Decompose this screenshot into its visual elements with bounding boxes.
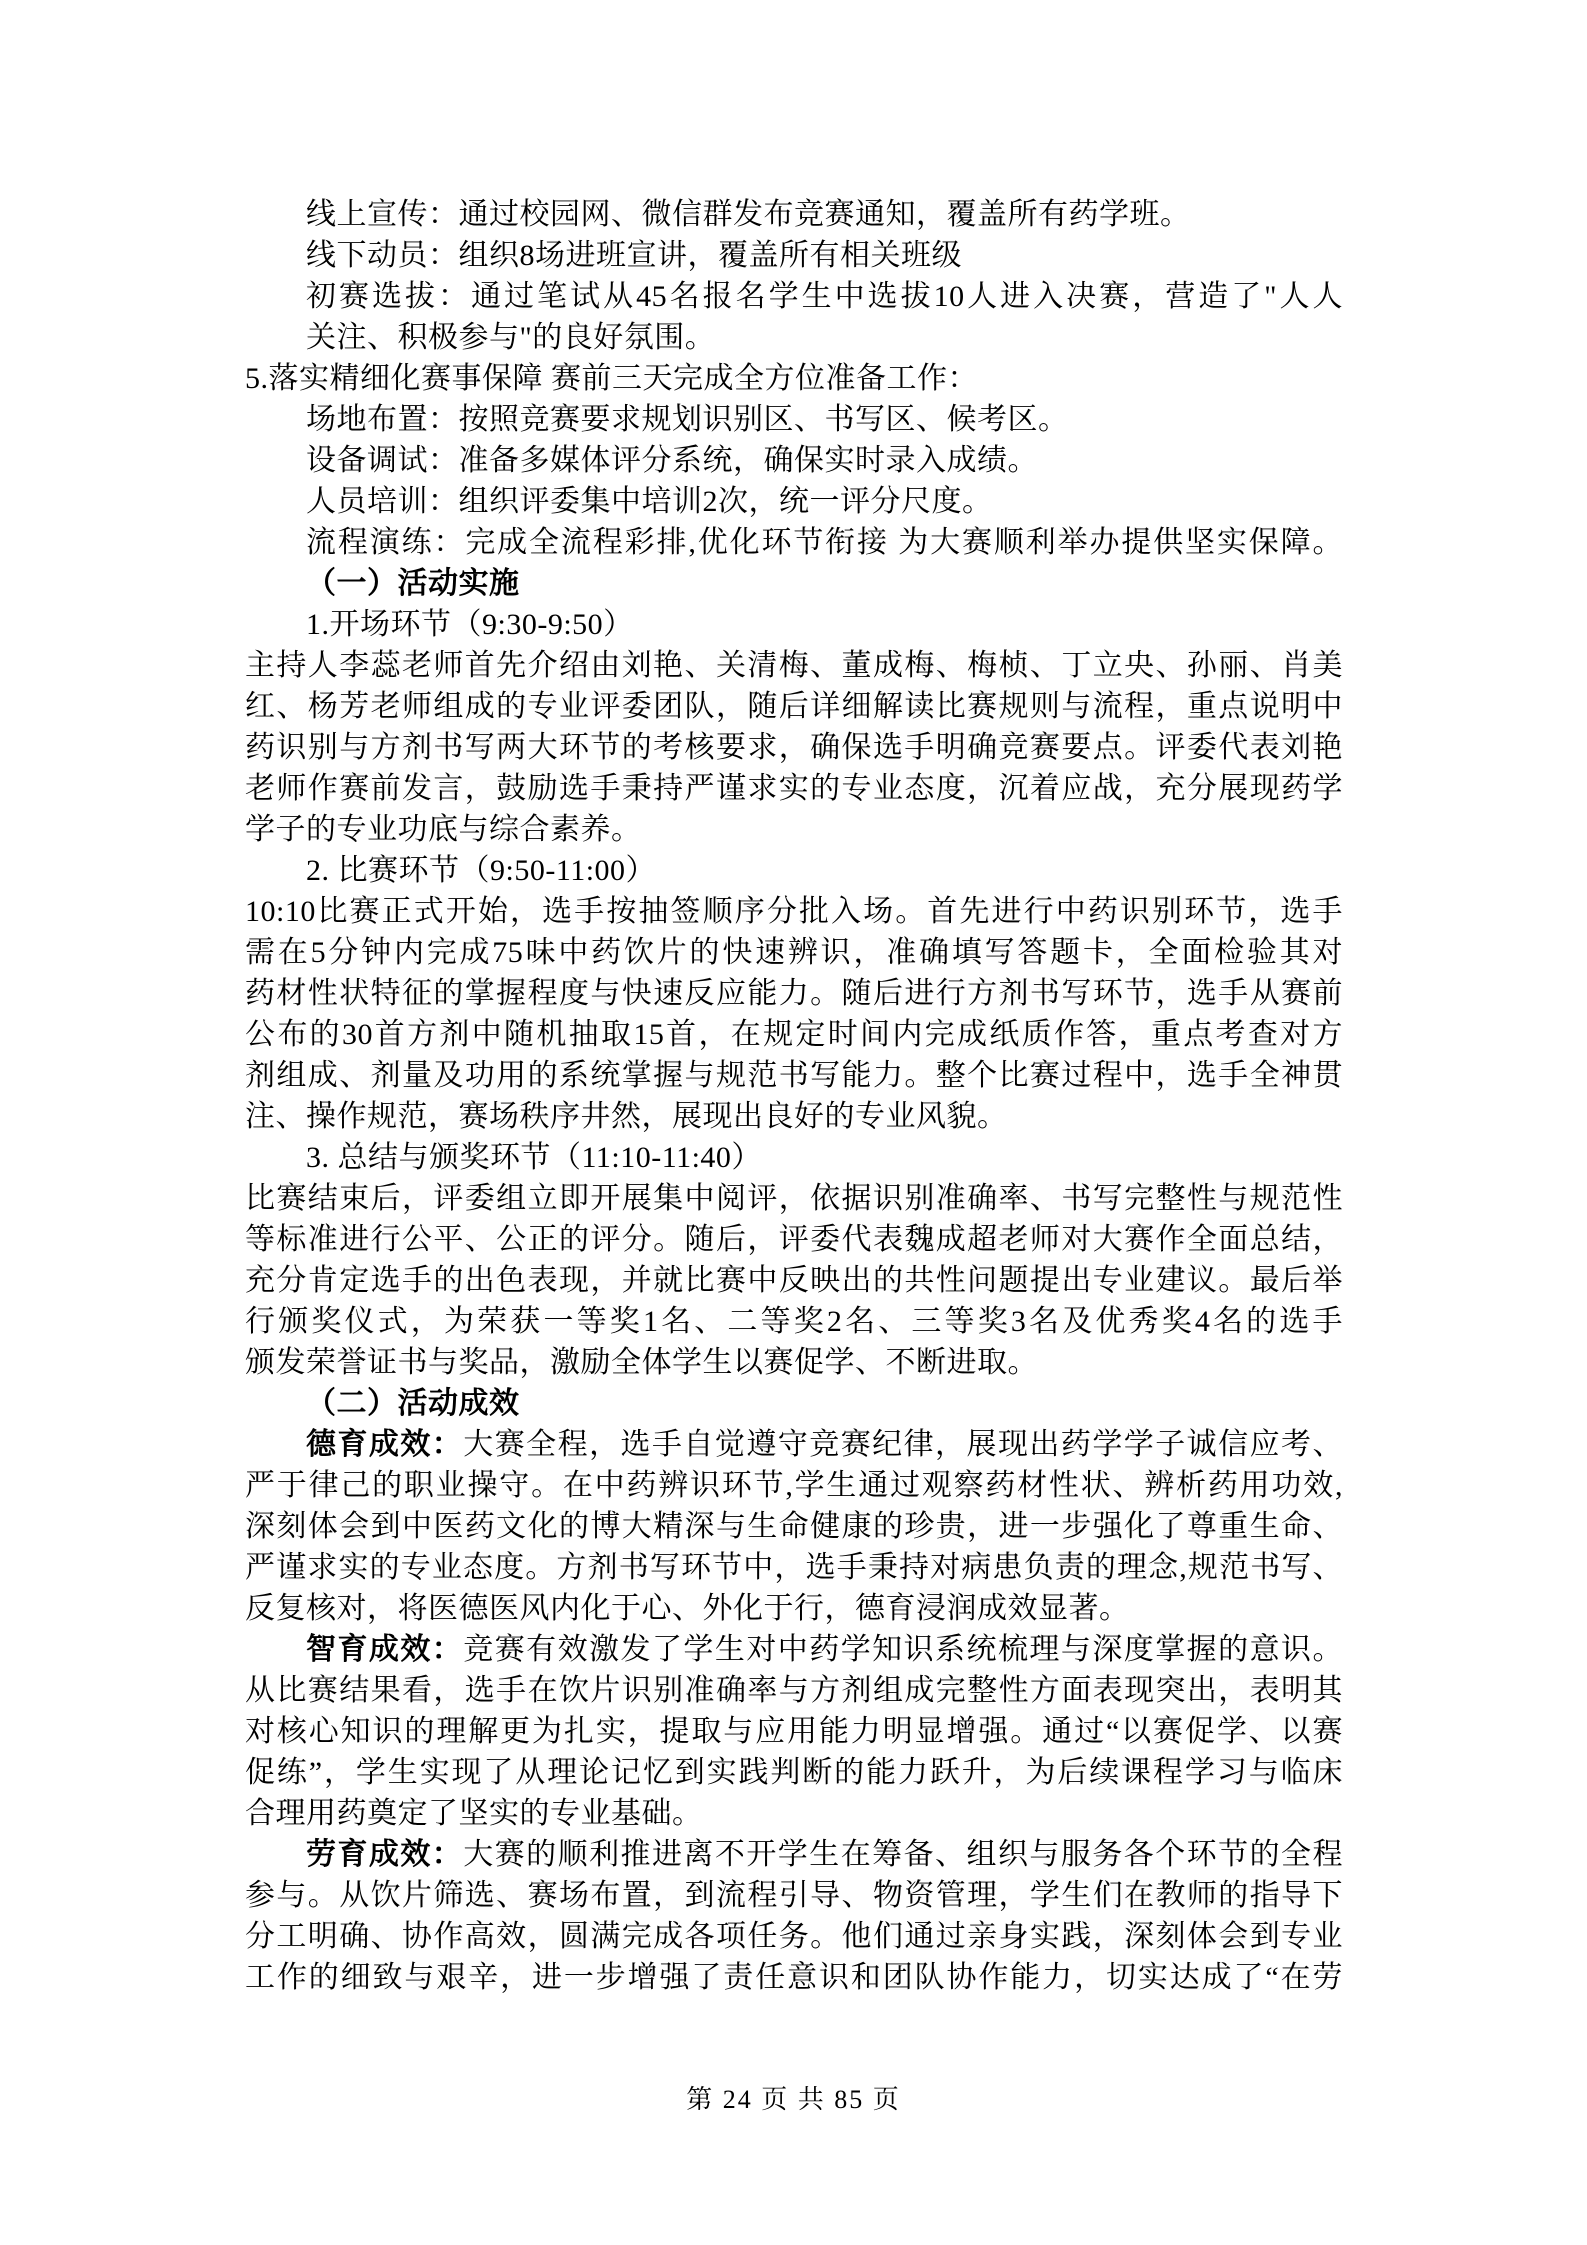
text-line: 从比赛结果看，选手在饮片识别准确率与方剂组成完整性方面表现突出，表明其 [245, 1670, 1343, 1711]
section-heading: （一）活动实施 [245, 563, 1343, 604]
page-number: 第 24 页 共 85 页 [686, 2085, 901, 2114]
text-line: 主持人李蕊老师首先介绍由刘艳、关清梅、董成梅、梅桢、丁立央、孙丽、肖美 [245, 645, 1343, 686]
text-line: 剂组成、剂量及功用的系统掌握与规范书写能力。整个比赛过程中，选手全神贯 [245, 1055, 1343, 1096]
text-line: 药识别与方剂书写两大环节的考核要求，确保选手明确竞赛要点。评委代表刘艳 [245, 727, 1343, 768]
text-line: 流程演练：完成全流程彩排,优化环节衔接 为大赛顺利举办提供坚实保障。 [245, 522, 1343, 563]
text-line: 严谨求实的专业态度。方剂书写环节中，选手秉持对病患负责的理念,规范书写、 [245, 1547, 1343, 1588]
text-line: 合理用药奠定了坚实的专业基础。 [245, 1793, 1343, 1834]
text-line: 老师作赛前发言，鼓励选手秉持严谨求实的专业态度，沉着应战，充分展现药学 [245, 768, 1343, 809]
text-line: 注、操作规范，赛场秩序井然，展现出良好的专业风貌。 [245, 1096, 1343, 1137]
text-line: 行颁奖仪式，为荣获一等奖1名、二等奖2名、三等奖3名及优秀奖4名的选手 [245, 1301, 1343, 1342]
text-line: 工作的细致与艰辛，进一步增强了责任意识和团队协作能力，切实达成了“在劳 [245, 1957, 1343, 1998]
text-line: 比赛结束后，评委组立即开展集中阅评，依据识别准确率、书写完整性与规范性 [245, 1178, 1343, 1219]
text-line: 分工明确、协作高效，圆满完成各项任务。他们通过亲身实践，深刻体会到专业 [245, 1916, 1343, 1957]
text-line: 需在5分钟内完成75味中药饮片的快速辨识，准确填写答题卡，全面检验其对 [245, 932, 1343, 973]
text-line: 深刻体会到中医药文化的博大精深与生命健康的珍贵，进一步强化了尊重生命、 [245, 1506, 1343, 1547]
text-line: 5.落实精细化赛事保障 赛前三天完成全方位准备工作： [245, 358, 1343, 399]
section-heading: （二）活动成效 [245, 1383, 1343, 1424]
line-bold-prefix: 劳育成效： [306, 1838, 463, 1871]
line-bold-prefix: 智育成效： [306, 1633, 463, 1666]
text-line: 初赛选拔：通过笔试从45名报名学生中选拔10人进入决赛，营造了"人人 [245, 276, 1343, 317]
text-line: 红、杨芳老师组成的专业评委团队，随后详细解读比赛规则与流程，重点说明中 [245, 686, 1343, 727]
text-line: 关注、积极参与"的良好氛围。 [245, 317, 1343, 358]
text-line: 等标准进行公平、公正的评分。随后，评委代表魏成超老师对大赛作全面总结， [245, 1219, 1343, 1260]
page-footer: 第 24 页 共 85 页 [0, 2083, 1587, 2117]
text-line: 德育成效：大赛全程，选手自觉遵守竞赛纪律，展现出药学学子诚信应考、 [245, 1424, 1343, 1465]
line-bold-prefix: 德育成效： [306, 1428, 463, 1461]
text-line: 公布的30首方剂中随机抽取15首，在规定时间内完成纸质作答，重点考查对方 [245, 1014, 1343, 1055]
text-line: 3. 总结与颁奖环节（11:10-11:40） [245, 1137, 1343, 1178]
text-line: 线上宣传：通过校园网、微信群发布竞赛通知，覆盖所有药学班。 [245, 194, 1343, 235]
text-line: 参与。从饮片筛选、赛场布置，到流程引导、物资管理，学生们在教师的指导下 [245, 1875, 1343, 1916]
document-body: 线上宣传：通过校园网、微信群发布竞赛通知，覆盖所有药学班。线下动员：组织8场进班… [245, 194, 1343, 1998]
text-line: 10:10比赛正式开始，选手按抽签顺序分批入场。首先进行中药识别环节，选手 [245, 891, 1343, 932]
text-line: 药材性状特征的掌握程度与快速反应能力。随后进行方剂书写环节，选手从赛前 [245, 973, 1343, 1014]
text-line: 2. 比赛环节（9:50-11:00） [245, 850, 1343, 891]
text-line: 充分肯定选手的出色表现，并就比赛中反映出的共性问题提出专业建议。最后举 [245, 1260, 1343, 1301]
text-line: 颁发荣誉证书与奖品，激励全体学生以赛促学、不断进取。 [245, 1342, 1343, 1383]
text-line: 1.开场环节（9:30-9:50） [245, 604, 1343, 645]
text-line: 设备调试：准备多媒体评分系统，确保实时录入成绩。 [245, 440, 1343, 481]
text-line: 场地布置：按照竞赛要求规划识别区、书写区、候考区。 [245, 399, 1343, 440]
text-line: 线下动员：组织8场进班宣讲，覆盖所有相关班级 [245, 235, 1343, 276]
text-line: 反复核对，将医德医风内化于心、外化于行，德育浸润成效显著。 [245, 1588, 1343, 1629]
text-line: 智育成效：竞赛有效激发了学生对中药学知识系统梳理与深度掌握的意识。 [245, 1629, 1343, 1670]
text-line: 学子的专业功底与综合素养。 [245, 809, 1343, 850]
text-line: 人员培训：组织评委集中培训2次，统一评分尺度。 [245, 481, 1343, 522]
text-line: 促练”，学生实现了从理论记忆到实践判断的能力跃升，为后续课程学习与临床 [245, 1752, 1343, 1793]
text-line: 劳育成效：大赛的顺利推进离不开学生在筹备、组织与服务各个环节的全程 [245, 1834, 1343, 1875]
document-page: 线上宣传：通过校园网、微信群发布竞赛通知，覆盖所有药学班。线下动员：组织8场进班… [0, 0, 1587, 2245]
text-line: 对核心知识的理解更为扎实，提取与应用能力明显增强。通过“以赛促学、以赛 [245, 1711, 1343, 1752]
text-line: 严于律己的职业操守。在中药辨识环节,学生通过观察药材性状、辨析药用功效, [245, 1465, 1343, 1506]
